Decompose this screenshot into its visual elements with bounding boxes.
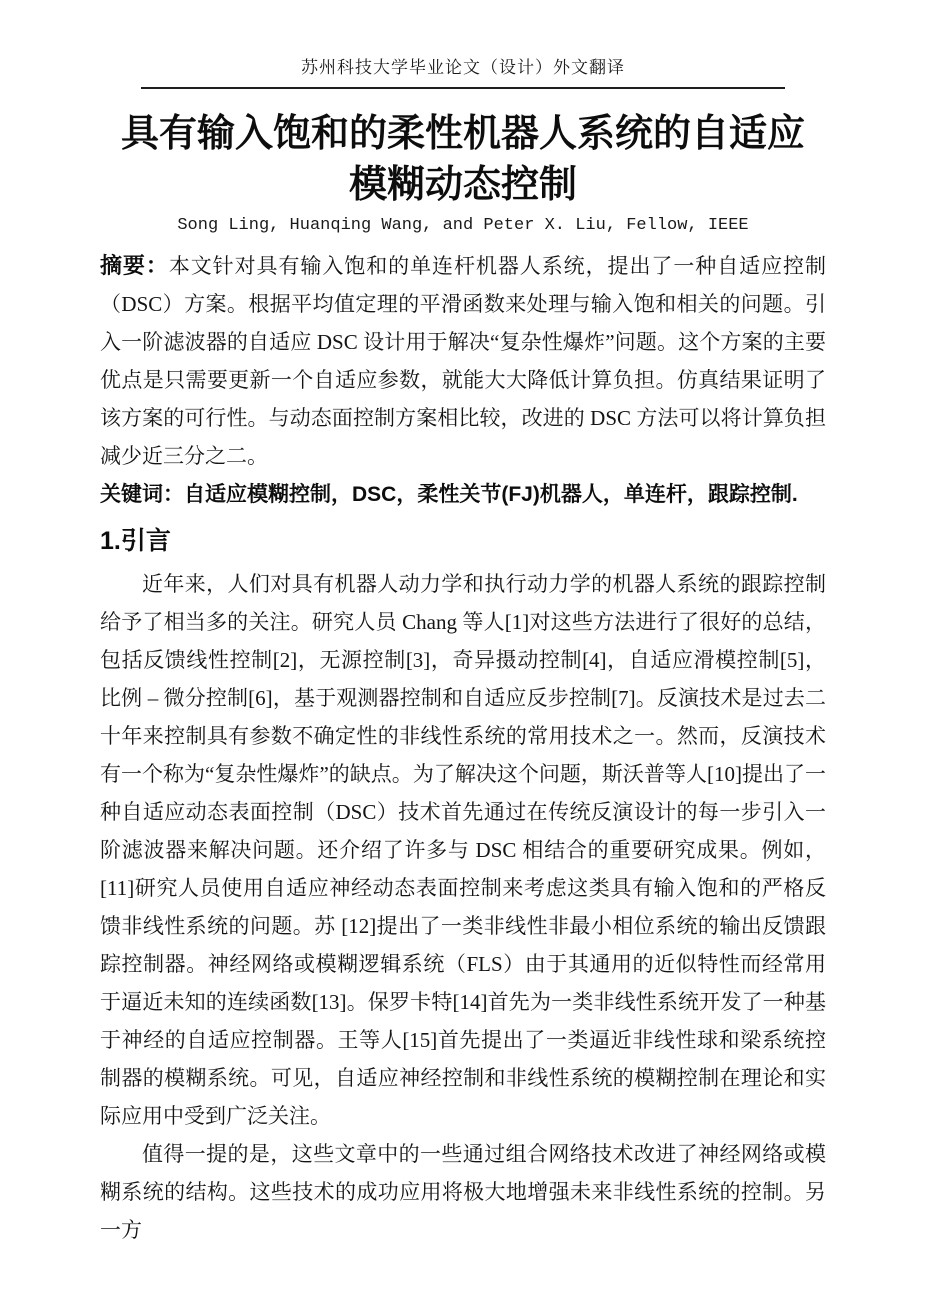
document-page: 苏州科技大学毕业论文（设计）外文翻译 具有输入饱和的柔性机器人系统的自适应 模糊… [0, 0, 926, 1309]
intro-paragraph-1: 近年来，人们对具有机器人动力学和执行动力学的机器人系统的跟踪控制给予了相当多的关… [100, 565, 826, 1135]
section-1-heading: 1.引言 [100, 523, 826, 559]
document-title-line2: 模糊动态控制 [100, 160, 826, 211]
page-header: 苏州科技大学毕业论文（设计）外文翻译 [100, 56, 826, 89]
keywords-label: 关键词： [100, 483, 184, 506]
intro-paragraph-2: 值得一提的是，这些文章中的一些通过组合网络技术改进了神经网络或模糊系统的结构。这… [100, 1135, 826, 1249]
abstract-paragraph: 摘要：本文针对具有输入饱和的单连杆机器人系统，提出了一种自适应控制（DSC）方案… [100, 247, 826, 475]
header-title: 苏州科技大学毕业论文（设计）外文翻译 [100, 56, 826, 80]
document-title-line1: 具有输入饱和的柔性机器人系统的自适应 [100, 109, 826, 160]
abstract-label: 摘要： [100, 253, 169, 278]
header-rule [141, 87, 785, 89]
abstract-text: 本文针对具有输入饱和的单连杆机器人系统，提出了一种自适应控制（DSC）方案。根据… [100, 254, 826, 468]
keywords-line: 关键词：自适应模糊控制，DSC，柔性关节(FJ)机器人，单连杆，跟踪控制. [100, 475, 826, 515]
keywords-text: 自适应模糊控制，DSC，柔性关节(FJ)机器人，单连杆，跟踪控制. [184, 483, 798, 506]
authors-line: Song Ling, Huanqing Wang, and Peter X. L… [100, 213, 826, 239]
document-title: 具有输入饱和的柔性机器人系统的自适应 模糊动态控制 [100, 109, 826, 211]
